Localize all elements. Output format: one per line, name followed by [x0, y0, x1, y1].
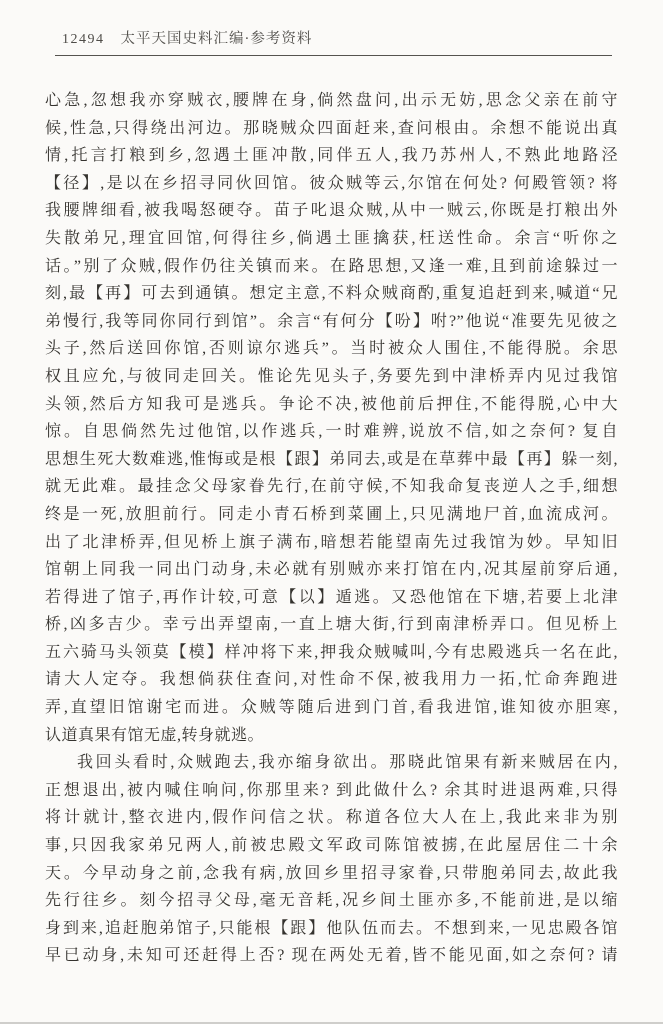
text-line: 刻,最【再】可去到通镇。想定主意,不料众贼商酌,重复追赶到来,喊道“兄: [45, 280, 618, 308]
text-line: 终是一死,放胆前行。同走小青石桥到菜圃上,只见满地尸首,血流成河。: [45, 501, 618, 529]
text-line: 身到来,追赶胞弟馆子,只能根【跟】他队伍而去。不想到来,一见忠殿各馆: [45, 915, 618, 943]
text-line: 认道真果有馆无虚,转身就逃。: [45, 722, 618, 750]
text-line: 弟慢行,我等同你同行到馆”。余言“有何分【吩】咐?”他说“准要先见彼之: [45, 308, 618, 336]
text-line: 五六骑马头领莫【模】样冲将下来,押我众贼喊叫,今有忠殿逃兵一名在此,: [45, 639, 618, 667]
text-line: 我腰牌细看,被我喝怒硬夺。苗子叱退众贼,从中一贼云,你既是打粮出外: [45, 197, 618, 225]
text-line: 就无此难。最挂念父母家眷先行,在前守候,不知我命复丧逆人之手,细想: [45, 473, 618, 501]
book-page: 12494 太平天国史料汇编·参考资料 心急,忽想我亦穿贼衣,腰牌在身,倘然盘问…: [0, 0, 663, 1024]
text-line: 心急,忽想我亦穿贼衣,腰牌在身,倘然盘问,出示无妨,思念父亲在前守: [45, 87, 618, 115]
text-line: 若得进了馆子,再作计较,可意【以】遁逃。又恐他馆在下塘,若要上北津: [45, 584, 618, 612]
text-line: 失散弟兄,理宜回馆,何得往乡,倘遇土匪擒获,枉送性命。余言“听你之: [45, 225, 618, 253]
text-line: 候,性急,只得绕出河边。那晓贼众四面赶来,查问根由。余想不能说出真: [45, 115, 618, 143]
text-line: 思想生死大数难逃,惟悔或是根【跟】弟同去,或是在草葬中最【再】躲一刻,: [45, 446, 618, 474]
text-line: 头领,然后方知我可是逃兵。争论不决,被他前后押住,不能得脱,心中大: [45, 391, 618, 419]
text-line: 馆朝上同我一同出门动身,未必就有别贼亦来打馆在内,况其屋前穿后通,: [45, 556, 618, 584]
text-line: 情,托言打粮到乡,忽遇土匪冲散,同伴五人,我乃苏州人,不熟此地路泾: [45, 142, 618, 170]
text-line: 【径】,是以在乡招寻同伙回馆。彼众贼等云,尔馆在何处? 何殿管领? 将: [45, 170, 618, 198]
page-header: 12494 太平天国史料汇编·参考资料: [62, 27, 663, 48]
text-line: 事,只因我家弟兄两人,前被忠殿文军政司陈馆被掳,在此屋居住二十余: [45, 832, 618, 860]
text-line: 桥,凶多吉少。幸亏出弄望南,一直上塘大街,行到南津桥弄口。但见桥上: [45, 611, 618, 639]
text-line: 头子,然后送回你馆,否则谅尔逃兵”。当时被众人围住,不能得脱。余思: [45, 335, 618, 363]
text-line: 弄,直望旧馆谢宅而进。众贼等随后进到门首,看我进馆,谁知彼亦胆寒,: [45, 694, 618, 722]
text-line: 出了北津桥弄,但见桥上旗子满布,暗想若能望南先过我馆为妙。早知旧: [45, 529, 618, 557]
book-title: 太平天国史料汇编·参考资料: [121, 27, 313, 48]
text-line: 权且应允,与彼同走回关。惟论先见头子,务要先到中津桥弄内见过我馆: [45, 363, 618, 391]
text-line: 惊。自思倘然先过他馆,以作逃兵,一时难辨,说放不信,如之奈何? 复自: [45, 418, 618, 446]
text-line: 我回头看时,众贼跑去,我亦缩身欲出。那晓此馆果有新来贼居在内,: [45, 749, 618, 777]
header-rule: [55, 55, 612, 56]
text-line: 正想退出,被内喊住响问,你那里来? 到此做什么? 余其时进退两难,只得: [45, 777, 618, 805]
text-line: 将计就计,整衣进内,假作问信之状。称道各位大人在上,我此来非为别: [45, 804, 618, 832]
page-number: 12494: [62, 32, 105, 48]
body-text: 心急,忽想我亦穿贼衣,腰牌在身,倘然盘问,出示无妨,思念父亲在前守候,性急,只得…: [45, 87, 618, 970]
text-line: 早已动身,未知可还赶得上否? 现在两处无着,皆不能见面,如之奈何? 请: [45, 942, 618, 970]
text-line: 请大人定夺。我想倘获住查问,对性命不保,被我用力一拓,忙命奔跑进: [45, 666, 618, 694]
text-line: 天。今早动身之前,念我有病,放回乡里招寻家眷,只带胞弟同去,故此我: [45, 860, 618, 888]
text-line: 先行往乡。刻今招寻父母,毫无音耗,况乡间土匪亦多,不能前进,是以缩: [45, 887, 618, 915]
text-line: 话。”别了众贼,假作仍往关镇而来。在路思想,又逢一难,且到前途躲过一: [45, 253, 618, 281]
